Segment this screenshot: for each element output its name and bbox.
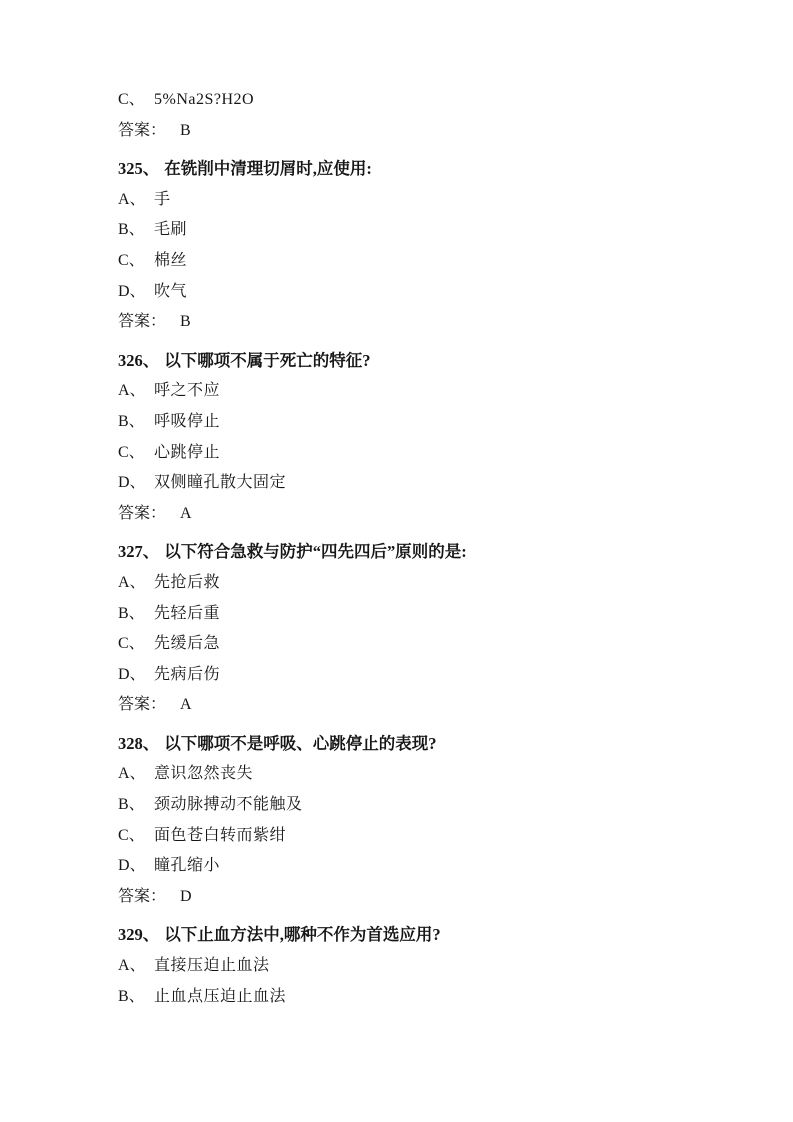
option-label: B、 <box>118 982 154 1013</box>
option-text: 呼吸停止 <box>154 413 220 430</box>
answer-label: 答案： <box>118 882 166 913</box>
option-label: A、 <box>118 568 154 599</box>
question-title: 325、在铣削中清理切屑时,应使用: <box>118 154 733 185</box>
option-label: D、 <box>118 660 154 691</box>
option-row: C、心跳停止 <box>118 438 733 469</box>
option-label: B、 <box>118 215 154 246</box>
option-label: B、 <box>118 407 154 438</box>
answer-row: 答案：B <box>118 307 733 338</box>
option-text: 面色苍白转而紫绀 <box>154 827 286 844</box>
question-number: 325、 <box>118 159 159 178</box>
option-row: A、意识忽然丧失 <box>118 759 733 790</box>
option-row: D、双侧瞳孔散大固定 <box>118 468 733 499</box>
option-text: 毛刷 <box>154 221 187 238</box>
question-block: 325、在铣削中清理切屑时,应使用: <box>118 154 733 185</box>
option-label: A、 <box>118 759 154 790</box>
answer-label: 答案： <box>118 116 166 147</box>
option-text: 吹气 <box>154 283 187 300</box>
option-label: C、 <box>118 85 154 116</box>
question-text: 以下哪项不是呼吸、心跳停止的表现? <box>164 734 436 753</box>
option-row: B、颈动脉搏动不能触及 <box>118 790 733 821</box>
question-title: 328、以下哪项不是呼吸、心跳停止的表现? <box>118 729 733 760</box>
question-title: 326、以下哪项不属于死亡的特征? <box>118 346 733 377</box>
option-row: A、直接压迫止血法 <box>118 951 733 982</box>
answer-value: A <box>180 696 192 713</box>
option-row: D、先病后伤 <box>118 660 733 691</box>
option-label: B、 <box>118 790 154 821</box>
option-label: D、 <box>118 468 154 499</box>
question-title: 329、以下止血方法中,哪种不作为首选应用? <box>118 920 733 951</box>
question-number: 326、 <box>118 351 159 370</box>
answer-value: A <box>180 505 192 522</box>
option-label: B、 <box>118 599 154 630</box>
question-text: 在铣削中清理切屑时,应使用: <box>164 159 372 178</box>
option-text: 棉丝 <box>154 252 187 269</box>
answer-label: 答案： <box>118 690 166 721</box>
question-number: 329、 <box>118 925 159 944</box>
option-row: C、先缓后急 <box>118 629 733 660</box>
option-text: 先病后伤 <box>154 666 220 683</box>
question-title: 327、以下符合急救与防护“四先四后”原则的是: <box>118 537 733 568</box>
option-text: 先抢后救 <box>154 574 220 591</box>
option-label: C、 <box>118 821 154 852</box>
option-label: D、 <box>118 851 154 882</box>
answer-row: 答案：B <box>118 116 733 147</box>
option-label: C、 <box>118 629 154 660</box>
option-row: A、呼之不应 <box>118 376 733 407</box>
answer-label: 答案： <box>118 499 166 530</box>
option-row: A、先抢后救 <box>118 568 733 599</box>
answer-row: 答案：A <box>118 690 733 721</box>
question-text: 以下符合急救与防护“四先四后”原则的是: <box>164 542 467 561</box>
option-label: A、 <box>118 951 154 982</box>
option-text: 先轻后重 <box>154 605 220 622</box>
question-block: 326、以下哪项不属于死亡的特征? <box>118 346 733 377</box>
option-text: 颈动脉搏动不能触及 <box>154 796 303 813</box>
option-row: D、吹气 <box>118 277 733 308</box>
option-text: 瞳孔缩小 <box>154 857 220 874</box>
option-label: D、 <box>118 277 154 308</box>
option-text: 意识忽然丧失 <box>154 765 253 782</box>
option-row: D、瞳孔缩小 <box>118 851 733 882</box>
option-label: C、 <box>118 246 154 277</box>
option-row: C、5%Na2S?H2O <box>118 85 733 116</box>
option-row: B、毛刷 <box>118 215 733 246</box>
option-row: B、呼吸停止 <box>118 407 733 438</box>
option-text: 双侧瞳孔散大固定 <box>154 474 286 491</box>
answer-row: 答案：D <box>118 882 733 913</box>
question-number: 327、 <box>118 542 159 561</box>
option-text: 止血点压迫止血法 <box>154 988 286 1005</box>
answer-row: 答案：A <box>118 499 733 530</box>
answer-label: 答案： <box>118 307 166 338</box>
option-row: B、止血点压迫止血法 <box>118 982 733 1013</box>
option-row: B、先轻后重 <box>118 599 733 630</box>
document-page: C、5%Na2S?H2O答案：B325、在铣削中清理切屑时,应使用:A、手B、毛… <box>0 0 793 1122</box>
question-block: 328、以下哪项不是呼吸、心跳停止的表现? <box>118 729 733 760</box>
question-number: 328、 <box>118 734 159 753</box>
option-label: A、 <box>118 376 154 407</box>
option-text: 呼之不应 <box>154 382 220 399</box>
question-text: 以下哪项不属于死亡的特征? <box>164 351 370 370</box>
exam-question-list: C、5%Na2S?H2O答案：B325、在铣削中清理切屑时,应使用:A、手B、毛… <box>118 85 733 1012</box>
option-label: C、 <box>118 438 154 469</box>
question-block: 327、以下符合急救与防护“四先四后”原则的是: <box>118 537 733 568</box>
option-text: 心跳停止 <box>154 444 220 461</box>
option-row: A、手 <box>118 185 733 216</box>
question-block: 329、以下止血方法中,哪种不作为首选应用? <box>118 920 733 951</box>
option-label: A、 <box>118 185 154 216</box>
question-text: 以下止血方法中,哪种不作为首选应用? <box>164 925 440 944</box>
option-text: 先缓后急 <box>154 635 220 652</box>
answer-value: D <box>180 888 192 905</box>
option-text: 手 <box>154 191 171 208</box>
option-row: C、棉丝 <box>118 246 733 277</box>
answer-value: B <box>180 122 191 139</box>
option-text: 5%Na2S?H2O <box>154 91 254 108</box>
option-row: C、面色苍白转而紫绀 <box>118 821 733 852</box>
option-text: 直接压迫止血法 <box>154 957 270 974</box>
answer-value: B <box>180 313 191 330</box>
